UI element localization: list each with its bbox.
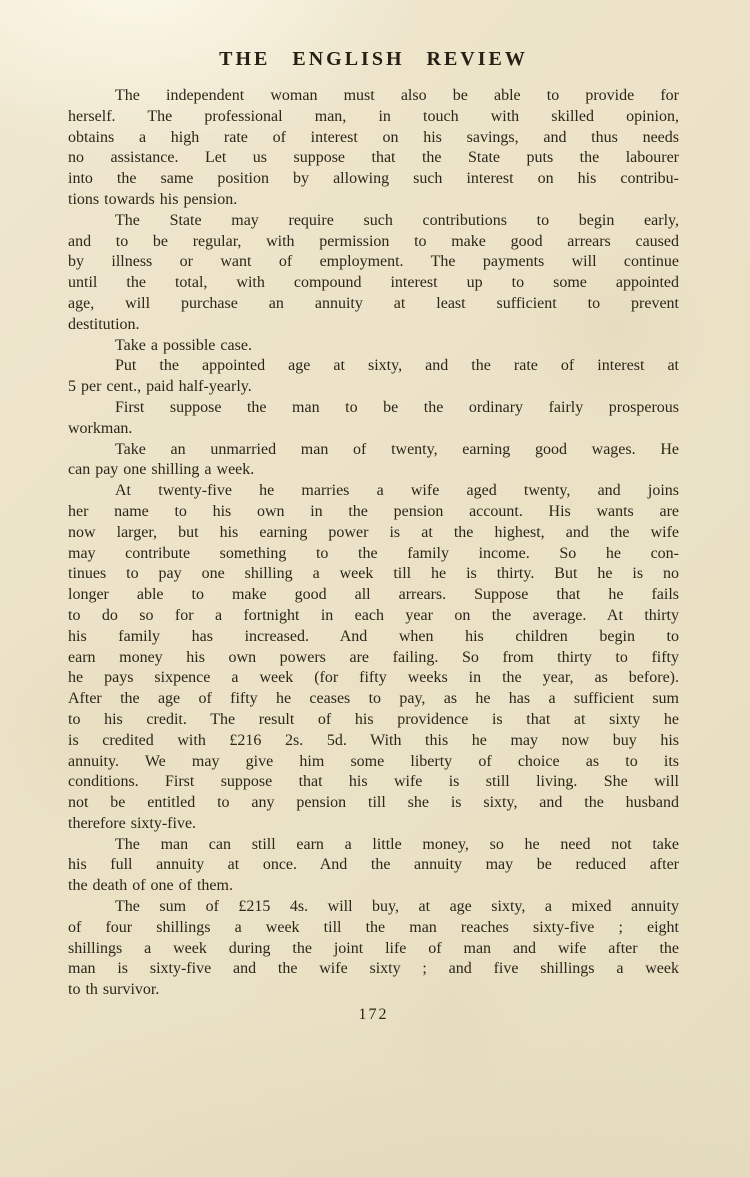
text-line: The State may require such contributions… [68,211,679,232]
text-line: therefore sixty-five. [68,814,679,835]
text-line: tinues to pay one shilling a week till h… [68,564,679,585]
page-body: The independent woman must also be able … [68,86,679,1001]
text-line: to do so for a fortnight in each year on… [68,606,679,627]
text-line: destitution. [68,315,679,336]
text-line: into the same position by allowing such … [68,169,679,190]
text-line: his family has increased. And when his c… [68,627,679,648]
text-line: The sum of £215 4s. will buy, at age six… [68,897,679,918]
text-line: obtains a high rate of interest on his s… [68,128,679,149]
text-line: may contribute something to the family i… [68,544,679,565]
text-line: longer able to make good all arrears. Su… [68,585,679,606]
text-line: Take a possible case. [68,336,679,357]
text-line: is credited with £216 2s. 5d. With this … [68,731,679,752]
text-line: to th survivor. [68,980,679,1001]
text-line: no assistance. Let us suppose that the S… [68,148,679,169]
text-line: herself. The professional man, in touch … [68,107,679,128]
text-line: now larger, but his earning power is at … [68,523,679,544]
text-line: man is sixty-five and the wife sixty ; a… [68,959,679,980]
text-line: Take an unmarried man of twenty, earning… [68,440,679,461]
text-line: he pays sixpence a week (for fifty weeks… [68,668,679,689]
text-line: shillings a week during the joint life o… [68,939,679,960]
text-line: not be entitled to any pension till she … [68,793,679,814]
text-line: earn money his own powers are failing. S… [68,648,679,669]
text-line: workman. [68,419,679,440]
text-line: 5 per cent., paid half-yearly. [68,377,679,398]
scanned-book-page: THE ENGLISH REVIEW The independent woman… [0,0,750,1177]
text-line: her name to his own in the pension accou… [68,502,679,523]
text-line: his full annuity at once. And the annuit… [68,855,679,876]
text-line: The man can still earn a little money, s… [68,835,679,856]
text-line: First suppose the man to be the ordinary… [68,398,679,419]
text-line: of four shillings a week till the man re… [68,918,679,939]
text-line: conditions. First suppose that his wife … [68,772,679,793]
page-number: 172 [68,1006,679,1024]
text-line: The independent woman must also be able … [68,86,679,107]
text-line: to his credit. The result of his provide… [68,710,679,731]
text-line: age, will purchase an annuity at least s… [68,294,679,315]
text-line: After the age of fifty he ceases to pay,… [68,689,679,710]
text-line: and to be regular, with permission to ma… [68,232,679,253]
text-line: tions towards his pension. [68,190,679,211]
text-line: At twenty-five he marries a wife aged tw… [68,481,679,502]
page-header-title: THE ENGLISH REVIEW [68,48,679,71]
text-line: the death of one of them. [68,876,679,897]
text-line: by illness or want of employment. The pa… [68,252,679,273]
text-line: Put the appointed age at sixty, and the … [68,356,679,377]
text-line: can pay one shilling a week. [68,460,679,481]
text-line: until the total, with compound interest … [68,273,679,294]
text-line: annuity. We may give him some liberty of… [68,752,679,773]
